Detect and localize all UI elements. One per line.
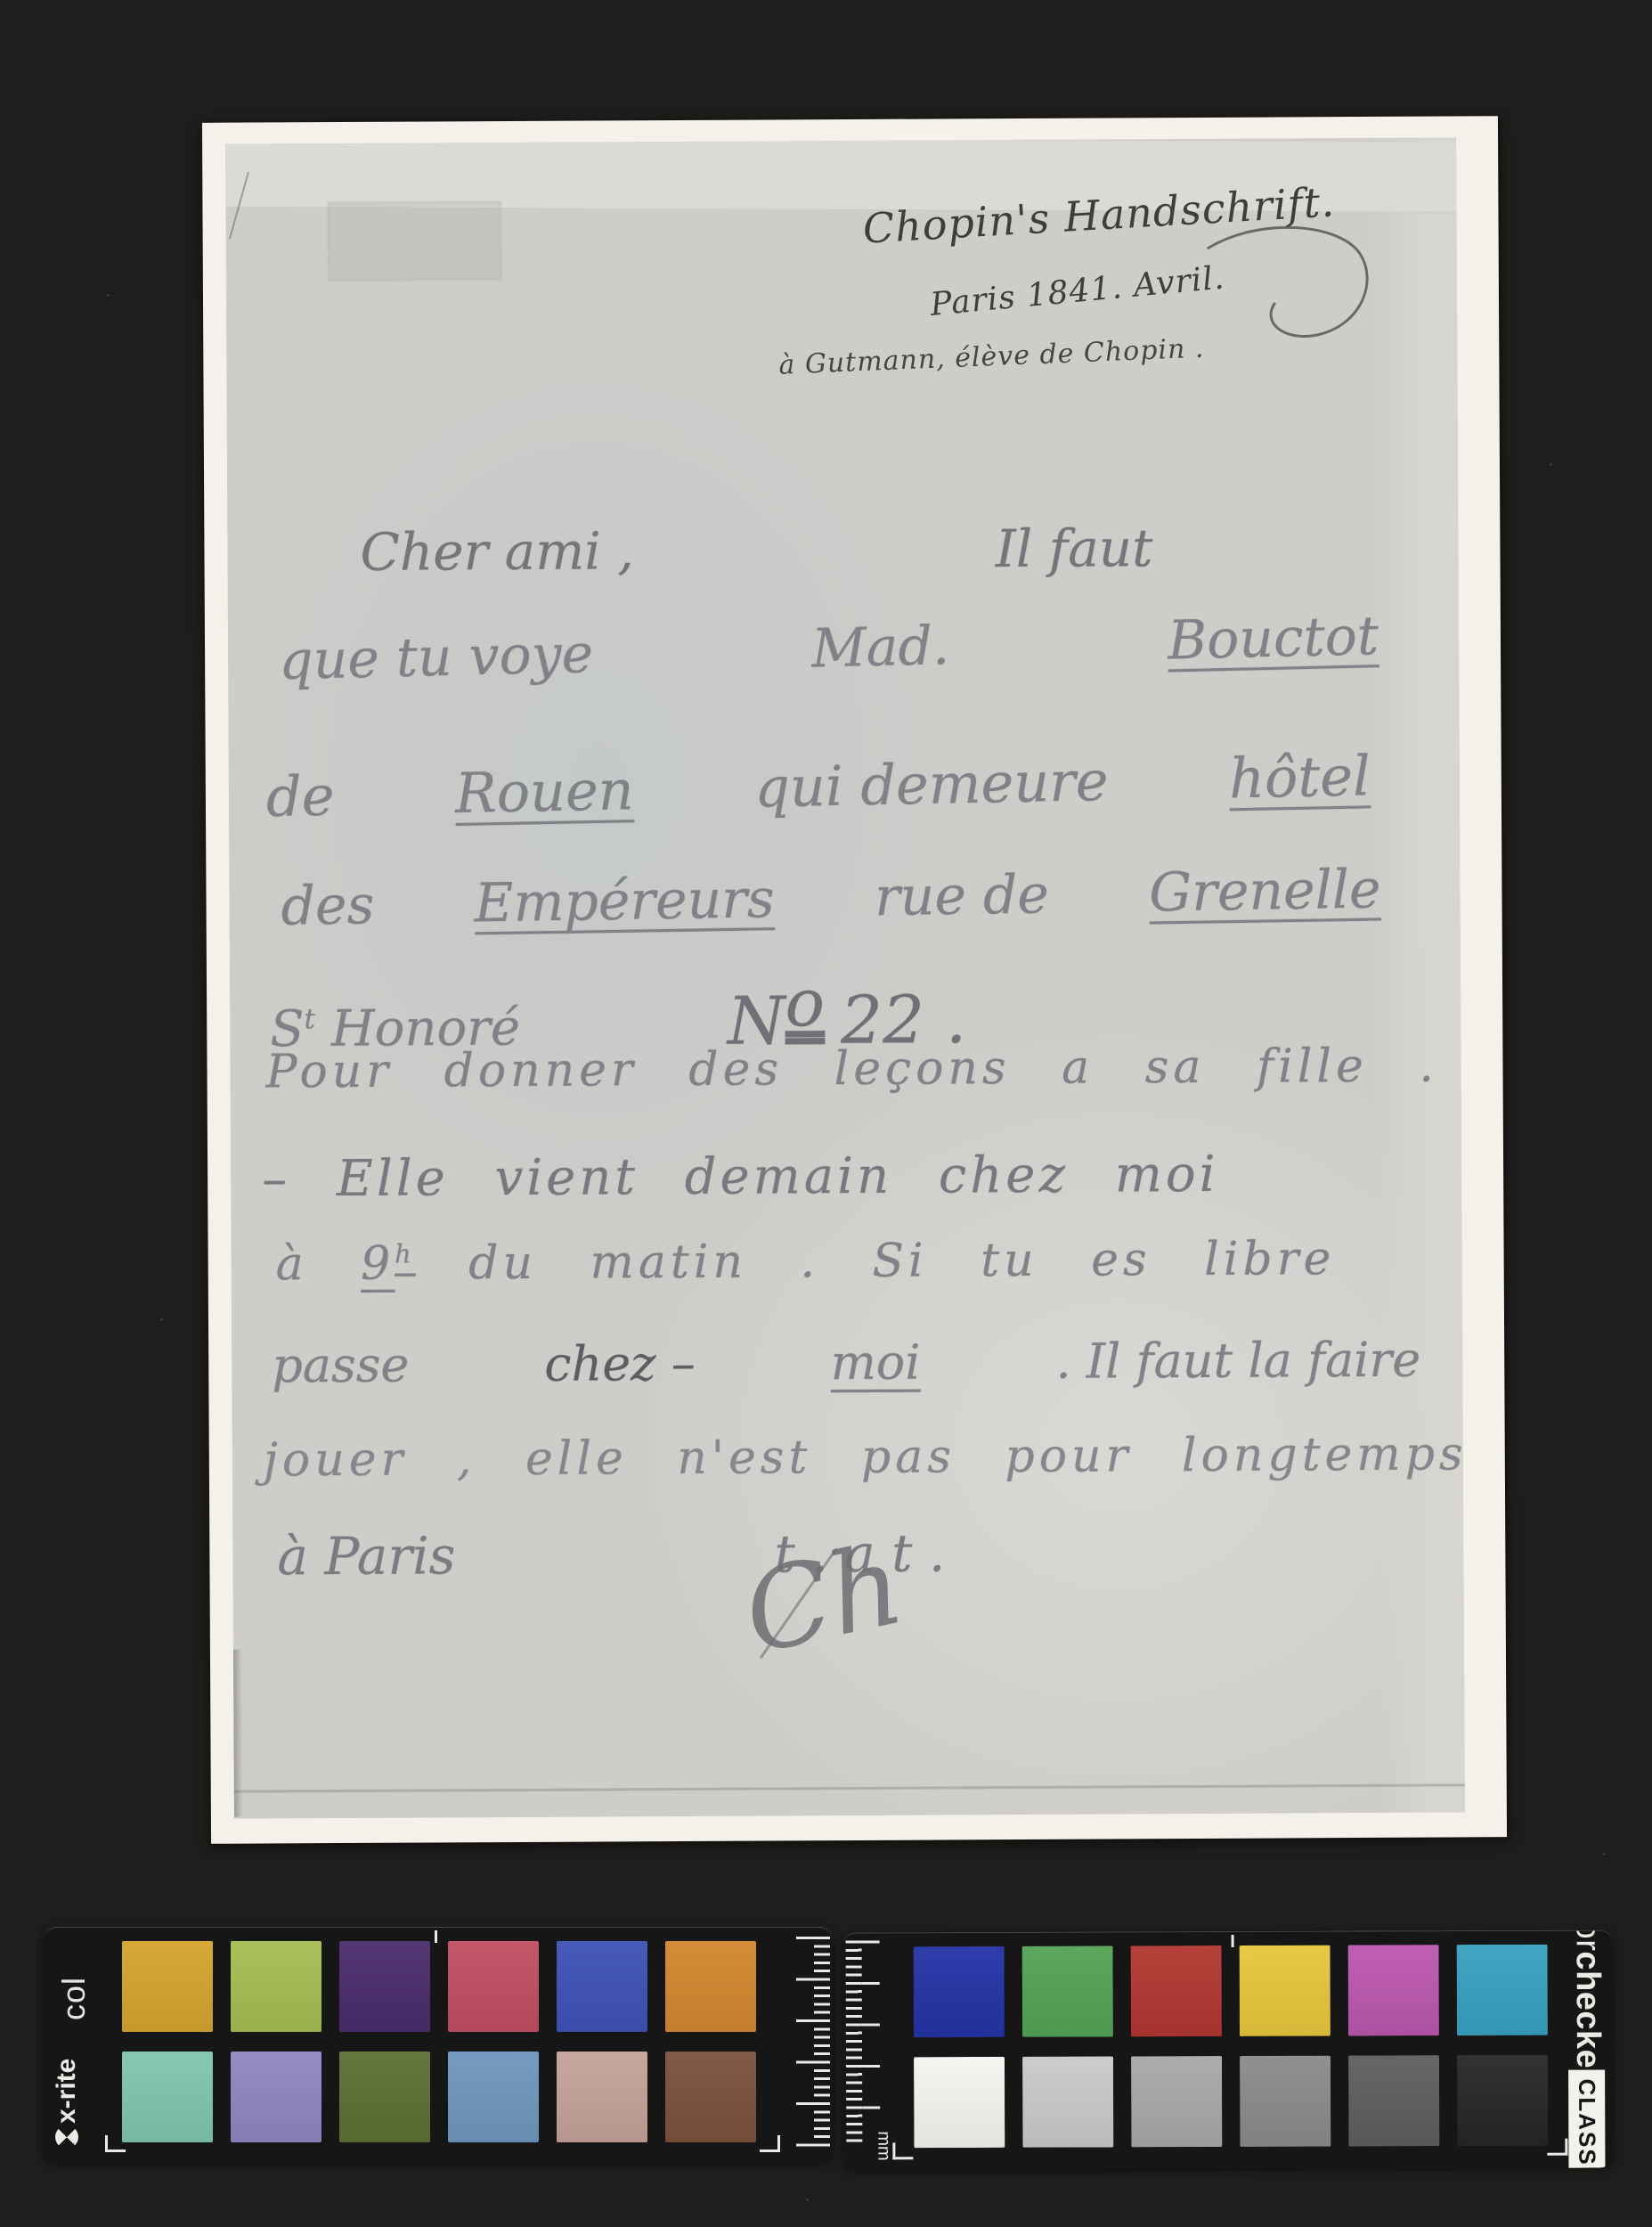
letter-line: jouer , elle n'est pas pour longtemps <box>264 1427 1465 1487</box>
color-patch <box>339 1941 430 2032</box>
colorchecker-left-card: col x-rite <box>43 1927 834 2163</box>
color-patch <box>448 2052 539 2142</box>
faint-stamp <box>328 201 500 281</box>
color-patch <box>231 1941 321 2032</box>
alignment-tick <box>435 1930 437 1943</box>
letter-line: à 9h du matin . Si tu es libre <box>276 1232 1336 1291</box>
x-rite-logo-icon <box>55 2125 78 2149</box>
patch-row <box>914 1945 1548 2037</box>
photo-print: Chopin's Handschrift. Paris 1841. Avril.… <box>202 116 1507 1844</box>
dust-speck <box>1603 1853 1606 1856</box>
color-patch <box>1457 2055 1548 2146</box>
xrite-brand: x-rite <box>52 2015 82 2158</box>
color-patch <box>1240 1946 1331 2036</box>
color-patch <box>1348 2055 1439 2146</box>
annotation-date: Paris 1841. Avril. <box>929 259 1226 322</box>
color-patch <box>122 2052 213 2142</box>
letter-line: – Elle vient demain chez moi <box>262 1146 1219 1209</box>
letter-line: Pour donner des leçons a sa fille . <box>265 1040 1438 1099</box>
letter-line: que tu voye Mad. Bouctot <box>278 605 1379 692</box>
ruler-unit-label: mm <box>873 2131 893 2160</box>
crop-corner-mark <box>760 2135 780 2152</box>
color-patch <box>1457 1945 1548 2035</box>
color-patch <box>665 1941 756 2032</box>
letter-photograph: Chopin's Handschrift. Paris 1841. Avril.… <box>225 137 1465 1818</box>
annotation-dedication: à Gutmann, élève de Chopin . <box>778 333 1205 381</box>
color-patch <box>448 1941 539 2032</box>
color-patch <box>1348 1945 1439 2035</box>
patch-row <box>914 2055 1548 2148</box>
crop-corner-mark <box>892 2142 913 2159</box>
color-patch <box>914 1946 1005 2037</box>
color-patch <box>122 1941 213 2032</box>
brand-fragment-orchecker: orchecker <box>1567 1929 1607 2076</box>
patch-row <box>122 1941 756 2032</box>
letter-line: de Rouen qui demeure hôtel <box>265 743 1371 829</box>
photographed-document-scene: Chopin's Handschrift. Paris 1841. Avril.… <box>0 0 1652 2227</box>
brand-fragment-col: col <box>55 1927 93 2020</box>
patch-row <box>122 2052 756 2142</box>
mm-ruler <box>846 1940 863 2145</box>
letter-line: des Empéreurs rue de Grenelle <box>281 858 1381 937</box>
color-patch <box>665 2052 756 2142</box>
paper-left-edge-shadow <box>233 1650 243 1817</box>
colorchecker-right-card: mm orchecker CLASSIC <box>842 1929 1615 2170</box>
alignment-tick <box>1232 1935 1234 1947</box>
dust-speck <box>160 1318 163 1321</box>
color-patch <box>1131 1946 1222 2036</box>
letter-line: passe chez – moi . Il faut la faire <box>272 1332 1420 1394</box>
color-patch <box>557 1941 647 2032</box>
dust-speck <box>107 294 110 297</box>
mm-ruler <box>814 1937 830 2150</box>
classic-badge: CLASSIC <box>1568 2070 1606 2171</box>
color-patch <box>339 2052 430 2142</box>
color-patch <box>557 2052 647 2142</box>
color-patch <box>1131 2056 1222 2147</box>
color-patch <box>1022 1946 1113 2036</box>
crop-corner-mark <box>105 2135 126 2152</box>
color-patch <box>231 2052 321 2142</box>
color-patch <box>1240 2056 1331 2147</box>
color-patch <box>914 2057 1005 2148</box>
dust-speck <box>1550 463 1552 466</box>
color-patch <box>1022 2056 1113 2147</box>
crop-corner-mark <box>1547 2139 1567 2156</box>
paper-bottom-edge <box>234 1783 1465 1792</box>
dust-speck <box>806 2198 809 2201</box>
letter-line: Cher ami , Il faut <box>360 518 1152 583</box>
